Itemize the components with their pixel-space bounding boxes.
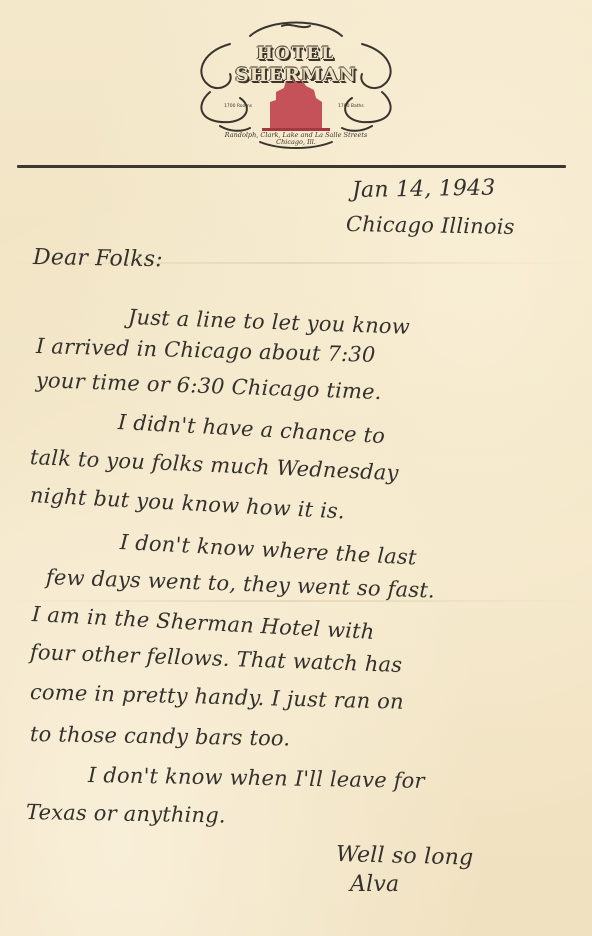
hotel-word: HOTEL: [190, 44, 402, 64]
letter-line: four other fellows. That watch has: [30, 640, 403, 677]
letter-date: Jan 14, 1943: [352, 175, 496, 203]
letter-page: HOTEL SHERMAN 1700 Rooms 1700 Baths Rand…: [0, 0, 592, 936]
letter-line: Texas or anything.: [26, 800, 226, 827]
hotel-address-city: Chicago, Ill.: [190, 139, 402, 146]
letter-signature: Alva: [350, 872, 399, 897]
letter-line: come in pretty handy. I just ran on: [30, 680, 404, 714]
letter-line: I arrived in Chicago about 7:30: [36, 334, 376, 367]
letter-line: your time or 6:30 Chicago time.: [36, 368, 382, 404]
letter-line: I didn't have a chance to: [117, 410, 385, 448]
letter-line: I don't know where the last: [119, 530, 417, 570]
letter-closing: Well so long: [336, 842, 474, 871]
rooms-count: 1700 Rooms: [224, 104, 252, 109]
letter-salutation: Dear Folks:: [33, 245, 163, 272]
letter-line: I don't know when I'll leave for: [88, 763, 425, 793]
letter-line: to those candy bars too.: [30, 722, 291, 751]
letter-line: few days went to, they went so fast.: [46, 565, 436, 603]
hotel-name: SHERMAN: [190, 64, 402, 86]
paper-fold: [0, 600, 592, 602]
baths-count: 1700 Baths: [338, 104, 364, 109]
letterhead-divider: [17, 165, 566, 168]
letter-line: Just a line to let you know: [128, 305, 411, 339]
letter-line: talk to you folks much Wednesday: [29, 445, 399, 485]
letter-line: I am in the Sherman Hotel with: [31, 602, 375, 644]
letter-line: night but you know how it is.: [29, 483, 345, 523]
hotel-letterhead: HOTEL SHERMAN 1700 Rooms 1700 Baths Rand…: [190, 14, 402, 154]
letter-place: Chicago Illinois: [346, 212, 515, 239]
